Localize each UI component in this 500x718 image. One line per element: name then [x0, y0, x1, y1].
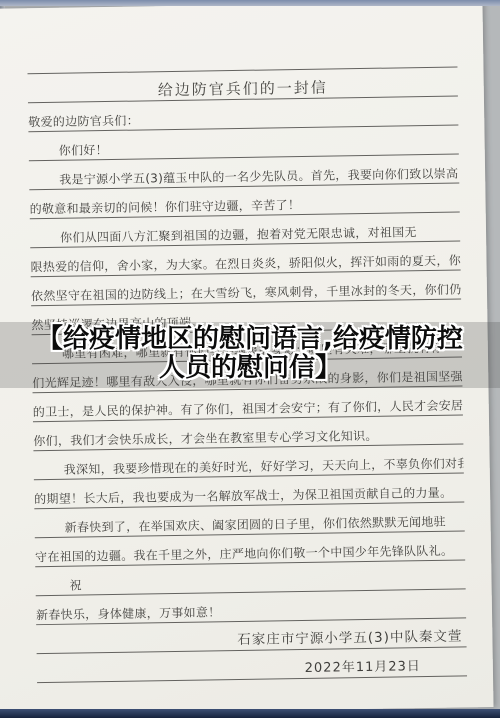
- caption-line-1: 【给疫情地区的慰问语言,给疫情防控: [0, 325, 500, 354]
- caption-line-2: 人员的慰问信】: [0, 354, 500, 383]
- letter-photo: 给边防官兵们的一封信 敬爱的边防官兵们： 你们好！ 我是宁源小学五(3)蕴玉中队…: [0, 0, 500, 718]
- caption-overlay: 【给疫情地区的慰问语言,给疫情防控 人员的慰问信】: [0, 322, 500, 388]
- photo-top-edge: [0, 0, 500, 6]
- photo-bottom-edge: [0, 709, 500, 718]
- letter-date: 2022年11月23日: [37, 647, 467, 683]
